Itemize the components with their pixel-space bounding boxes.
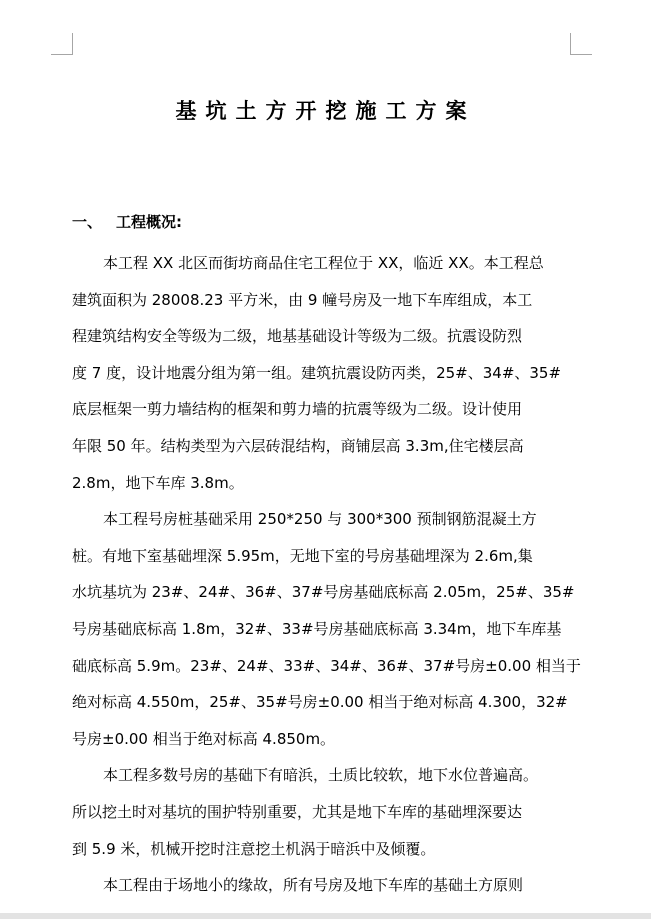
text-line: 本工程多数号房的基础下有暗浜，土质比较软，地下水位普遍高。: [72, 757, 572, 794]
text-line: 2.8m，地下车库 3.8m。: [72, 465, 572, 502]
text-line: 年限 50 年。结构类型为六层砖混结构，商铺层高 3.3m,住宅楼层高: [72, 428, 572, 465]
text-line: 础底标高 5.9m。23#、24#、33#、34#、36#、37#号房±0.00…: [72, 648, 572, 685]
document-page: 基坑土方开挖施工方案 一、工程概况: 本工程 XX 北区而街坊商品住宅工程位于 …: [0, 0, 651, 913]
document-body: 本工程 XX 北区而街坊商品住宅工程位于 XX，临近 XX。本工程总 建筑面积为…: [72, 245, 572, 904]
text-line: 度 7 度，设计地震分组为第一组。建筑抗震设防丙类，25#、34#、35#: [72, 355, 572, 392]
text-line: 底层框架一剪力墙结构的框架和剪力墙的抗震等级为二级。设计使用: [72, 391, 572, 428]
section-heading: 一、工程概况:: [72, 211, 182, 233]
section-number: 一、: [72, 211, 116, 233]
text-line: 程建筑结构安全等级为二级，地基基础设计等级为二级。抗震设防烈: [72, 318, 572, 355]
margin-corner-mark-top-left: [51, 33, 73, 55]
text-line: 到 5.9 米，机械开挖时注意挖土机涡于暗浜中及倾覆。: [72, 831, 572, 868]
text-line: 本工程 XX 北区而街坊商品住宅工程位于 XX，临近 XX。本工程总: [72, 245, 572, 282]
document-title: 基坑土方开挖施工方案: [0, 98, 651, 124]
margin-corner-mark-top-right: [570, 33, 592, 55]
paragraph-2: 本工程号房桩基础采用 250*250 与 300*300 预制钢筋混凝土方 桩。…: [72, 501, 572, 757]
text-line: 桩。有地下室基础埋深 5.95m，无地下室的号房基础埋深为 2.6m,集: [72, 538, 572, 575]
text-line: 所以挖土时对基坑的围护特别重要，尤其是地下车库的基础埋深要达: [72, 794, 572, 831]
text-line: 本工程由于场地小的缘故，所有号房及地下车库的基础土方原则: [72, 867, 572, 904]
page-bottom-gap: [0, 913, 651, 919]
section-heading-text: 工程概况:: [116, 213, 182, 231]
text-line: 本工程号房桩基础采用 250*250 与 300*300 预制钢筋混凝土方: [72, 501, 572, 538]
text-line: 绝对标高 4.550m，25#、35#号房±0.00 相当于绝对标高 4.300…: [72, 684, 572, 721]
text-line: 建筑面积为 28008.23 平方米，由 9 幢号房及一地下车库组成，本工: [72, 282, 572, 319]
text-line: 号房基础底标高 1.8m，32#、33#号房基础底标高 3.34m，地下车库基: [72, 611, 572, 648]
paragraph-1: 本工程 XX 北区而街坊商品住宅工程位于 XX，临近 XX。本工程总 建筑面积为…: [72, 245, 572, 501]
text-line: 号房±0.00 相当于绝对标高 4.850m。: [72, 721, 572, 758]
paragraph-3: 本工程多数号房的基础下有暗浜，土质比较软，地下水位普遍高。 所以挖土时对基坑的围…: [72, 757, 572, 867]
paragraph-4: 本工程由于场地小的缘故，所有号房及地下车库的基础土方原则: [72, 867, 572, 904]
text-line: 水坑基坑为 23#、24#、36#、37#号房基础底标高 2.05m，25#、3…: [72, 574, 572, 611]
